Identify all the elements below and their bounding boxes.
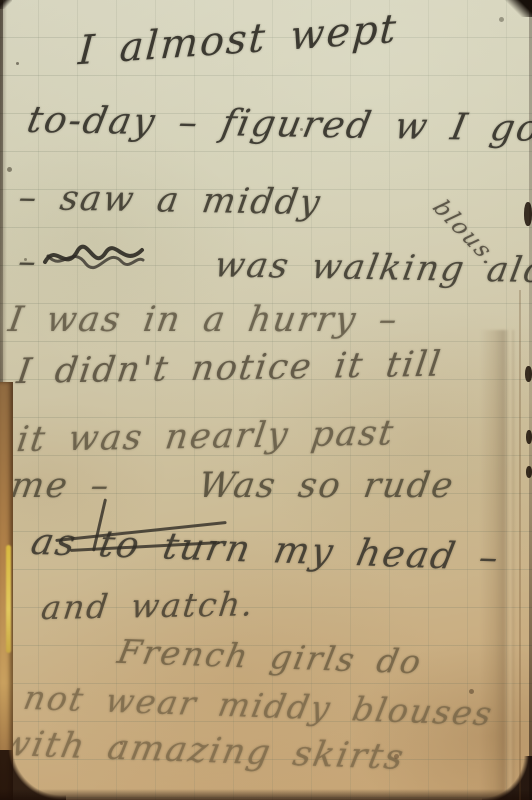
paper-specks	[0, 0, 3, 3]
torn-edge-nick	[526, 430, 532, 444]
photo-corner-top-right	[504, 0, 532, 17]
page-torn-edge	[519, 290, 521, 800]
notebook-paper	[0, 0, 532, 800]
paper-crease	[480, 330, 514, 800]
torn-edge-nick	[525, 366, 532, 382]
photo-edge-bottom	[0, 789, 532, 800]
light-glint	[6, 545, 11, 653]
diary-page-photo: I almost wept to-day – figured w I go bu…	[0, 0, 532, 800]
torn-edge-nick	[524, 202, 532, 226]
photo-edge-left-shadow	[0, 0, 7, 390]
torn-edge-nick	[526, 466, 532, 478]
